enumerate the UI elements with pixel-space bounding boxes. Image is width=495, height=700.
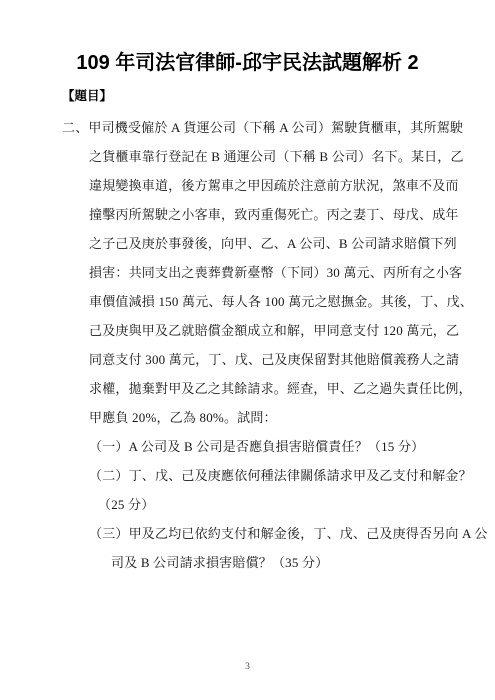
section-header: 【題目】 <box>62 88 495 104</box>
question-line: 之子己及庚於事發後，向甲、乙、A 公司、B 公司請求賠償下列 <box>89 229 445 258</box>
subquestion-line: （一）A 公司及 B 公司是否應負損害賠償責任？（15 分） <box>89 432 445 461</box>
question-line: 車價值減損 150 萬元、每人各 100 萬元之慰撫金。其後，丁、戊、 <box>89 287 445 316</box>
question-block: 二、甲司機受僱於 A 貨運公司（下稱 A 公司）駕駛貨櫃車，其所駕駛 之貨櫃車靠… <box>62 113 445 577</box>
question-line: 撞擊丙所駕駛之小客車，致丙重傷死亡。丙之妻丁、母戊、成年 <box>89 200 445 229</box>
question-line: 之貨櫃車靠行登記在 B 通運公司（下稱 B 公司）名下。某日，乙 <box>89 142 445 171</box>
subquestion-line: 司及 B 公司請求損害賠償？（35 分） <box>111 548 445 577</box>
question-line: 損害：共同支出之喪葬費新臺幣（下同）30 萬元、丙所有之小客 <box>89 258 445 287</box>
page-title: 109 年司法官律師-邱宇民法試題解析 2 <box>0 0 495 76</box>
subquestion-line: （三）甲及乙均已依約支付和解金後，丁、戊、己及庚得否另向 A 公 <box>89 519 445 548</box>
document-page: 109 年司法官律師-邱宇民法試題解析 2 【題目】 二、甲司機受僱於 A 貨運… <box>0 0 495 700</box>
question-line: 求權，拋棄對甲及乙之其餘請求。經查，甲、乙之過失責任比例， <box>89 374 445 403</box>
question-line: 違規變換車道，後方駕車之甲因疏於注意前方狀況，煞車不及而 <box>89 171 445 200</box>
question-line: 二、甲司機受僱於 A 貨運公司（下稱 A 公司）駕駛貨櫃車，其所駕駛 <box>62 113 445 142</box>
question-line: 甲應負 20%，乙為 80%。試問： <box>89 403 445 432</box>
subquestion-line: （25 分） <box>98 490 445 519</box>
page-number: 3 <box>0 662 495 672</box>
question-line: 己及庚與甲及乙就賠償金額成立和解，甲同意支付 120 萬元，乙 <box>89 316 445 345</box>
question-line: 同意支付 300 萬元，丁、戊、己及庚保留對其他賠償義務人之請 <box>89 345 445 374</box>
subquestion-line: （二）丁、戊、己及庚應依何種法律關係請求甲及乙支付和解金？ <box>89 461 445 490</box>
